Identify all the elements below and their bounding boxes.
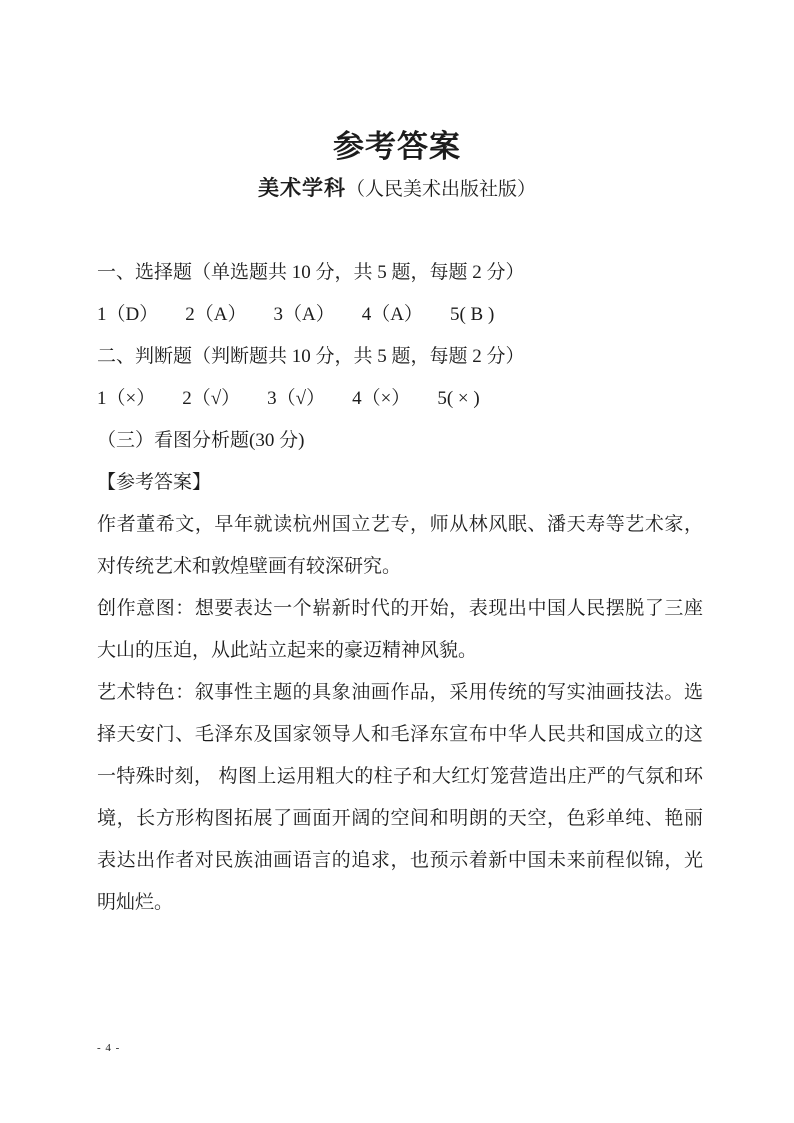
judgment-answer: 4（×）	[352, 388, 410, 409]
judgment-answer: 2（√）	[182, 388, 240, 409]
choice-answer: 2（A）	[185, 304, 246, 325]
analysis-paragraphs: 作者董希文，早年就读杭州国立艺专，师从林风眠、潘天寿等艺术家，对传统艺术和敦煌壁…	[97, 504, 703, 924]
analysis-paragraph: 艺术特色：叙事性主题的具象油画作品，采用传统的写实油画技法。选择天安门、毛泽东及…	[97, 672, 703, 924]
choice-answer: 5( B )	[450, 304, 494, 325]
analysis-paragraph: 创作意图：想要表达一个崭新时代的开始，表现出中国人民摆脱了三座大山的压迫，从此站…	[97, 588, 703, 672]
judgment-answers-row: 1（×）2（√）3（√）4（×）5( × )	[97, 378, 703, 420]
reference-answer-label: 【参考答案】	[97, 462, 703, 504]
judgment-section-heading: 二、判断题（判断题共 10 分，共 5 题，每题 2 分）	[97, 336, 703, 378]
page-subtitle: 美术学科（人民美术出版社版）	[0, 176, 794, 203]
analysis-section-heading: （三）看图分析题(30 分)	[97, 420, 703, 462]
document-page: 参考答案 美术学科（人民美术出版社版） 一、选择题（单选题共 10 分，共 5 …	[0, 0, 794, 1123]
subject-name: 美术学科	[258, 177, 346, 200]
page-number: - 4 -	[97, 1042, 120, 1054]
choice-answer: 3（A）	[273, 304, 334, 325]
choice-answer: 4（A）	[362, 304, 423, 325]
judgment-answer: 1（×）	[97, 388, 155, 409]
analysis-paragraph: 作者董希文，早年就读杭州国立艺专，师从林风眠、潘天寿等艺术家，对传统艺术和敦煌壁…	[97, 504, 703, 588]
edition-label: （人民美术出版社版）	[346, 179, 536, 200]
document-body: 一、选择题（单选题共 10 分，共 5 题，每题 2 分） 1（D）2（A）3（…	[97, 252, 703, 924]
choice-answers-row: 1（D）2（A）3（A）4（A）5( B )	[97, 294, 703, 336]
choice-answer: 1（D）	[97, 304, 158, 325]
judgment-answer: 5( × )	[437, 388, 479, 409]
page-title: 参考答案	[0, 121, 794, 166]
choice-section-heading: 一、选择题（单选题共 10 分，共 5 题，每题 2 分）	[97, 252, 703, 294]
judgment-answer: 3（√）	[267, 388, 325, 409]
